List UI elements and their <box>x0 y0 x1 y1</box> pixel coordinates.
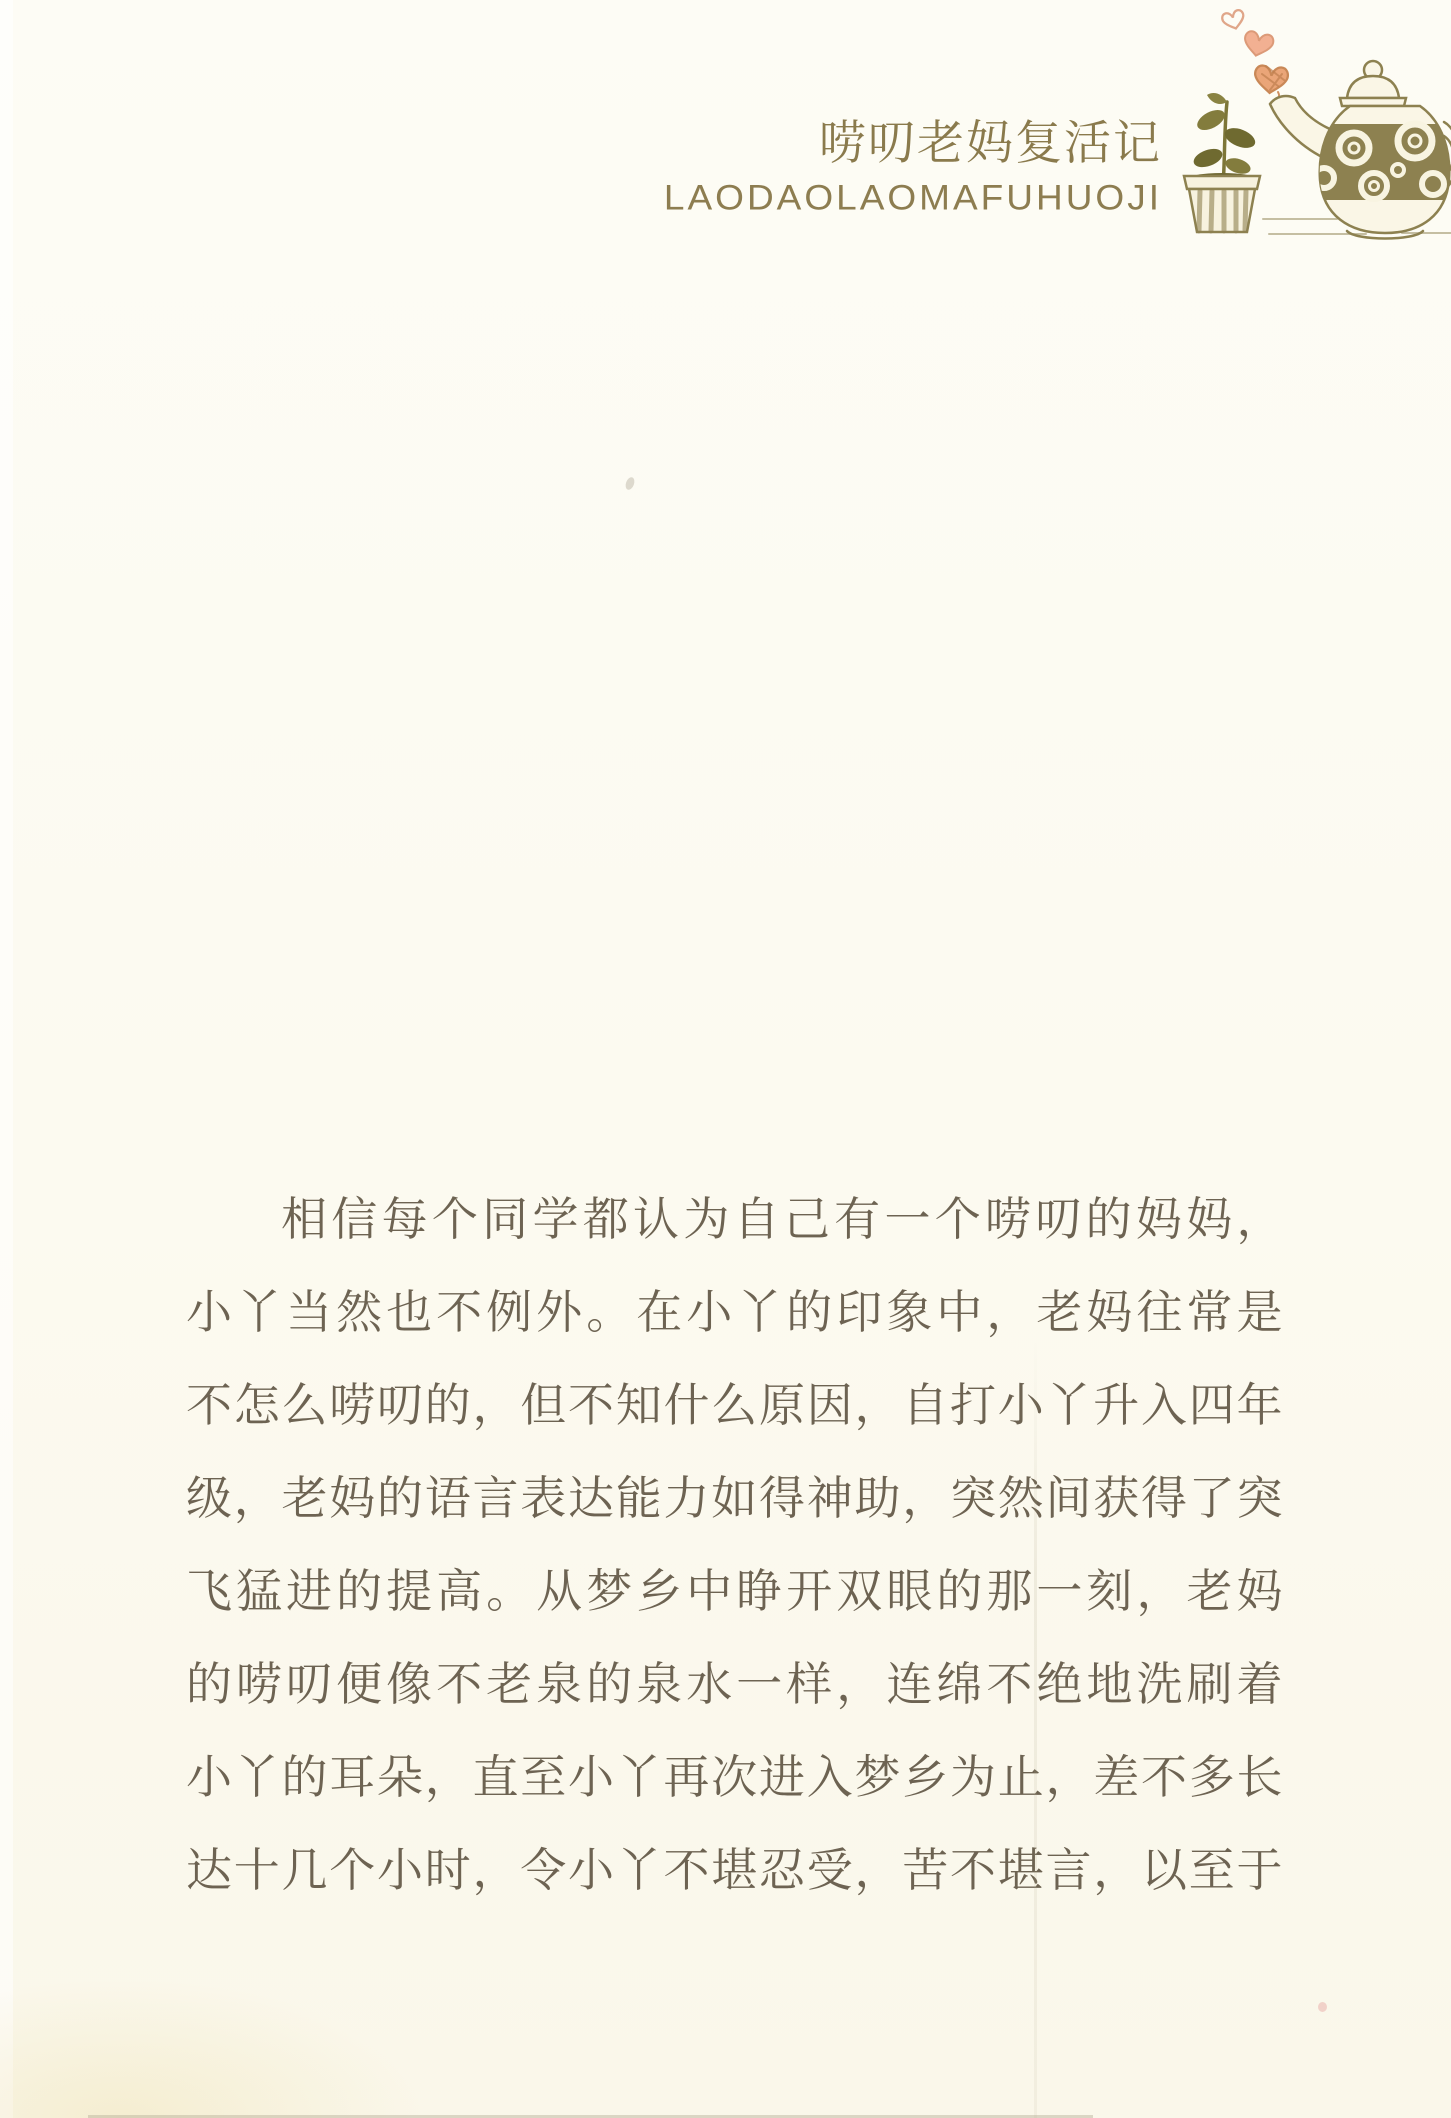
scan-crease <box>1034 1340 1037 2118</box>
book-page: 唠叨老妈复活记 LAODAOLAOMAFUHUOJI <box>0 0 1451 2118</box>
paragraph-line: 级，老妈的语言表达能力如得神助，突然间获得了突 <box>186 1452 1283 1545</box>
paragraph-line: 飞猛进的提高。从梦乡中睁开双眼的那一刻，老妈 <box>186 1545 1283 1638</box>
scan-smudge <box>0 1978 430 2118</box>
paragraph-line: 小丫当然也不例外。在小丫的印象中，老妈往常是 <box>186 1266 1283 1359</box>
header-decoration <box>1166 0 1451 250</box>
scan-ink-dot <box>1318 2002 1327 2012</box>
hearts-icon <box>1221 9 1289 107</box>
book-title-pinyin: LAODAOLAOMAFUHUOJI <box>664 178 1162 218</box>
paragraph-line: 达十几个小时，令小丫不堪忍受，苦不堪言，以至于 <box>186 1824 1283 1917</box>
paragraph-line: 不怎么唠叨的，但不知什么原因，自打小丫升入四年 <box>186 1359 1283 1452</box>
page-header: 唠叨老妈复活记 LAODAOLAOMAFUHUOJI <box>664 118 1162 220</box>
paragraph-line: 相信每个同学都认为自己有一个唠叨的妈妈， <box>186 1173 1283 1266</box>
story-paragraph: 相信每个同学都认为自己有一个唠叨的妈妈， 小丫当然也不例外。在小丫的印象中，老妈… <box>186 1173 1283 1917</box>
plant-pot-icon <box>1184 93 1260 232</box>
scan-edge-left <box>0 0 13 2118</box>
paragraph-line: 的唠叨便像不老泉的泉水一样，连绵不绝地洗刷着 <box>186 1638 1283 1731</box>
scan-speck <box>624 476 636 491</box>
book-title: 唠叨老妈复活记 <box>664 118 1162 170</box>
teapot-icon <box>1263 61 1451 239</box>
paragraph-line: 小丫的耳朵，直至小丫再次进入梦乡为止，差不多长 <box>186 1731 1283 1824</box>
